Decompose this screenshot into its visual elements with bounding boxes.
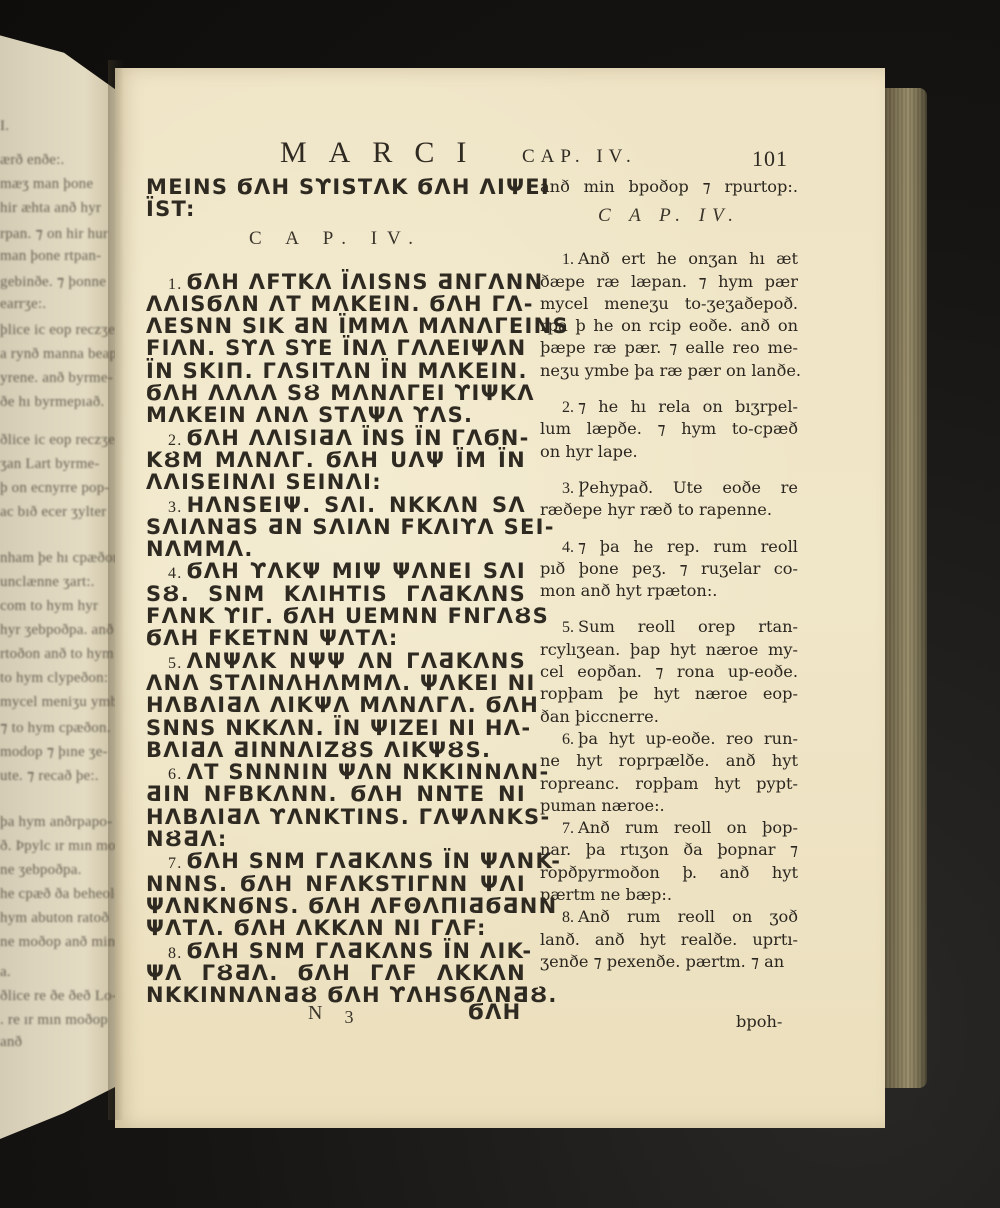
verse-text: SΛIΛNƋS ƋN SΛIΛN FKΛIϒΛ SEI-	[146, 515, 555, 539]
verso-text-line: earrʒe:.	[0, 296, 46, 313]
verse-line: ropreanc. ropþam hyt pypt-	[540, 773, 798, 795]
verso-text-line: hyr ʒebpoðpa. anð	[0, 622, 114, 639]
verse-line: 3.Ƿehypað. Ute eoðe re	[540, 477, 798, 499]
verse-line: pıð þone peʒ. ⁊ ruʒelar co-	[540, 558, 798, 580]
verse-text: cel eopðan. ⁊ rona up-eoðe.	[540, 662, 798, 681]
verse-text: mycel meneʒu to-ʒeʒaðepoð.	[540, 294, 798, 313]
verso-text-line: a.	[0, 964, 11, 981]
verse-line: pærtm ne bæp:.	[540, 884, 798, 906]
verse-line: FIΛN. SϒΛ SϒE ÏNΛ ΓΛΛEIψΛN	[146, 337, 526, 359]
verse-text: ropðpyrmoðon þ. anð hyt	[540, 863, 798, 882]
verse-text: ΛΛISϬΛN ΛT MΛKEIN. ϬΛh ΓΛ-	[146, 292, 534, 316]
verso-text-line: gebinðe. ⁊ þonne	[0, 272, 106, 291]
verse-text: ΛNΛ STΛINΛhΛMMΛ. ψΛKEI NI	[146, 671, 536, 695]
verse-line: SNNS NKKΛN. ÏN ψIZEI NI hΛ-	[146, 717, 526, 739]
verse-line: NΛMMΛ.	[146, 538, 526, 560]
verse-line: ΛNΛ STΛINΛhΛMMΛ. ψΛKEI NI	[146, 672, 526, 694]
verse-number: 1.	[562, 251, 574, 268]
verse-line: ϬΛh ΛΛΛΛ SȢ MΛNΛΓEI ϒIψKΛ	[146, 382, 526, 404]
verse-text: lum læpðe. ⁊ hym to-cpæð	[540, 419, 798, 438]
verse-line: ΛΛISEINΛI SEINΛI:	[146, 471, 526, 493]
verse-line: þæpe ræ pær. ⁊ ealle reo me-	[540, 337, 798, 359]
verse-text: ʒenðe ⁊ pexenðe. pærtm. ⁊ an	[540, 952, 784, 971]
verse-line: 1.Anð ert he onʒan hı æt	[540, 248, 798, 270]
verso-text-line: ðe hı byrmepıað.	[0, 394, 104, 411]
verse-text: hΛNSEIψ. SΛI. NKKΛN SΛ	[187, 493, 526, 517]
left-page-verso: I.ærð enðe:.mæʒ man þonehir æhta anð hyr…	[0, 30, 120, 1170]
verse-number: 4.	[168, 565, 183, 582]
verse-line: puman næroe:.	[540, 795, 798, 817]
verse-text: nar. þa rtıʒon ða þopnar ⁊	[540, 840, 798, 859]
verse-text: ϬΛh SNM ΓΛƋKΛNS ÏN ψΛNK-	[187, 849, 562, 873]
verso-text-line: he cpæð ða beheol-	[0, 886, 120, 903]
verse-text: ƋIN NFBKΛNN. ϬΛh NNTE NI	[146, 782, 526, 806]
verse-line: ðæpe ræ læpan. ⁊ hym pær	[540, 271, 798, 293]
spacer	[540, 463, 798, 477]
gutter-shadow	[108, 60, 124, 1120]
verse-line: NNNS. ϬΛh NFΛKSTIΓNN ψΛI	[146, 873, 526, 895]
verse-line: hΛBΛIƋΛ ϒΛNKTINS. ΓΛψΛNKS-	[146, 806, 526, 828]
preamble-line: anð min bpoðop ⁊ rpurtop:.	[540, 176, 798, 198]
verse-text: Sum reoll orep rtan-	[578, 617, 798, 636]
verse-line: ΛΛISϬΛN ΛT MΛKEIN. ϬΛh ΓΛ-	[146, 293, 526, 315]
verse-line: ʒenðe ⁊ pexenðe. pærtm. ⁊ an	[540, 951, 798, 973]
verse-line: ropþam þe hyt næroe eop-	[540, 683, 798, 705]
spacer	[146, 257, 526, 271]
verso-text-line: . re ır mın moðop	[0, 1012, 108, 1029]
verse-text: lanð. anð hyt realðe. uprtı-	[540, 930, 798, 949]
verso-text-line: þa hym anðrpapo-	[0, 814, 112, 831]
verse-line: 3.hΛNSEIψ. SΛI. NKKΛN SΛ	[146, 494, 526, 516]
verse-text: ðæpe ræ læpan. ⁊ hym pær	[540, 272, 798, 291]
verse-text: ψΛNKNϬNS. ϬΛh ΛFΘΛΠIƋϬƋNN	[146, 894, 558, 918]
verse-text: ⁊ he hı rela on bıʒrpel-	[578, 397, 798, 416]
running-head-chapter: CAP. IV.	[522, 146, 637, 168]
verse-line: rpa þ he on rcip eoðe. anð on	[540, 315, 798, 337]
chapter-heading: C A P. IV.	[540, 198, 798, 234]
verse-text: ropreanc. ropþam hyt pypt-	[540, 774, 798, 793]
verso-text-line: nham þe hı cpæðon	[0, 550, 120, 567]
verso-text-line: I.	[0, 118, 9, 135]
verso-text-line: anð	[0, 1034, 22, 1051]
verse-line: lum læpðe. ⁊ hym to-cpæð	[540, 418, 798, 440]
verso-text-line: man þone rtpan-	[0, 248, 101, 265]
verse-number: 8.	[562, 909, 574, 926]
verse-text: Anð rum reoll on þop-	[578, 818, 798, 837]
spacer	[540, 234, 798, 248]
verse-line: SȢ. SNM KΛIhTIS ΓΛƋKΛNS	[146, 583, 526, 605]
verse-number: 5.	[168, 655, 183, 672]
signature-mark: N3	[308, 1002, 353, 1025]
verse-line: 6.þa hyt up-eoðe. reo run-	[540, 728, 798, 750]
verse-line: 5.Sum reoll orep rtan-	[540, 616, 798, 638]
verse-text: ⁊ þa he rep. rum reoll	[578, 537, 798, 556]
verso-text-line: ne ʒebpoðpa.	[0, 862, 82, 879]
spacer	[540, 602, 798, 616]
verse-text: KȢM MΛNΛΓ. ϬΛh UΛψ ÏM ÏN	[146, 448, 526, 472]
verso-text-line: to hym clypeðon:	[0, 670, 108, 687]
verse-line: NȢƋΛ:	[146, 828, 526, 850]
verse-text: mon anð hyt rpæton:.	[540, 581, 717, 600]
verse-number: 7.	[562, 820, 574, 837]
signature-letter: N	[308, 1002, 322, 1024]
verso-text-line: ð. Þpylc ır mın mo-	[0, 838, 121, 855]
verso-text-line: þ on ecnyrre pop-	[0, 480, 110, 497]
verse-line: 2.⁊ he hı rela on bıʒrpel-	[540, 396, 798, 418]
verse-number: 2.	[168, 432, 183, 449]
verse-line: ræðepe hyr ræð to rapenne.	[540, 499, 798, 521]
verse-text: ψΛTΛ. ϬΛh ΛKKΛN NI ΓΛF:	[146, 916, 487, 940]
spacer	[540, 522, 798, 536]
verse-line: lanð. anð hyt realðe. uprtı-	[540, 929, 798, 951]
verse-line: ðan þiccnerre.	[540, 706, 798, 728]
verse-line: ΛESNN SIK ƋN ÏMMΛ MΛNΛΓEINS	[146, 315, 526, 337]
chapter-heading: C A P. IV.	[146, 221, 526, 257]
verse-line: 7.Anð rum reoll on þop-	[540, 817, 798, 839]
verse-text: ÏN SKIΠ. ΓΛSITΛN ÏN MΛKEIN.	[146, 359, 528, 383]
saxon-catchword: bpoh-	[736, 1012, 782, 1031]
verse-text: þa hyt up-eoðe. reo run-	[578, 729, 798, 748]
verse-line: ϬΛh FKETNN ψΛTΛ:	[146, 627, 526, 649]
verse-line: cel eopðan. ⁊ rona up-eoðe.	[540, 661, 798, 683]
verse-line: 4.⁊ þa he rep. rum reoll	[540, 536, 798, 558]
verse-line: MΛKEIN ΛNΛ STΛψΛ ϒΛS.	[146, 404, 526, 426]
verso-text-line: ne moðop anð mine	[0, 934, 122, 951]
verse-text: puman næroe:.	[540, 796, 665, 815]
verso-text-line: com to hym hyr	[0, 598, 98, 615]
verse-text: ψΛ ΓȢƋΛ. ϬΛh ΓΛF ΛKKΛN	[146, 961, 526, 985]
verso-text-line: yrene. anð byrme-	[0, 370, 113, 387]
verse-line: ψΛNKNϬNS. ϬΛh ΛFΘΛΠIƋϬƋNN	[146, 895, 526, 917]
verso-text-line: rtoðon anð to hym	[0, 646, 114, 663]
verso-text-line: ⁊ to hym cpæðon.	[0, 718, 111, 737]
verse-text: ϬΛh ΛFTKΛ ÏΛISNS ƋNΓΛNN	[187, 270, 544, 294]
verse-text: Anð ert he onʒan hı æt	[578, 249, 798, 268]
verse-line: 2.ϬΛh ΛΛISIƋΛ ÏNS ÏN ΓΛϬN-	[146, 427, 526, 449]
verse-line: on hyr lape.	[540, 441, 798, 463]
verse-text: pærtm ne bæp:.	[540, 885, 672, 904]
verse-text: hΛBΛIƋΛ ϒΛNKTINS. ΓΛψΛNKS-	[146, 805, 550, 829]
verse-text: ϬΛh ΛΛΛΛ SȢ MΛNΛΓEI ϒIψKΛ	[146, 381, 535, 405]
verse-number: 1.	[168, 276, 183, 293]
verso-text-line: ʒan Lart byrme-	[0, 456, 100, 473]
verse-line: 1.ϬΛh ΛFTKΛ ÏΛISNS ƋNΓΛNN	[146, 271, 526, 293]
verso-text-line: ute. ⁊ recað þe:.	[0, 766, 99, 785]
verse-number: 5.	[562, 619, 574, 636]
verso-text-line: ac bıð ecer ʒylter	[0, 504, 106, 521]
verse-text: BΛIƋΛ ƋINNΛIZȢS ΛIKψȢS.	[146, 738, 491, 762]
verse-text: NȢƋΛ:	[146, 827, 228, 851]
verse-text: pıð þone peʒ. ⁊ ruʒelar co-	[540, 559, 798, 578]
running-head-title: MARCI	[280, 136, 488, 170]
verse-text: Anð rum reoll on ʒoð	[578, 907, 798, 926]
anglo-saxon-text-column: anð min bpoðop ⁊ rpurtop:.C A P. IV.1.An…	[540, 176, 798, 973]
verse-text: ðan þiccnerre.	[540, 707, 659, 726]
verse-text: ΛNψΛK Nψψ ΛN ΓΛƋKΛNS	[187, 649, 526, 673]
verse-line: mon anð hyt rpæton:.	[540, 580, 798, 602]
verse-text: ΛT SNNNIN ψΛN NKKINNΛN-	[187, 760, 550, 784]
preamble-line: MEINS ϬΛh SϒISTΛK ϬΛh ΛIψEI	[146, 176, 526, 198]
verse-text: ΛESNN SIK ƋN ÏMMΛ MΛNΛΓEINS	[146, 314, 569, 338]
verso-text-line: mæʒ man þone	[0, 176, 93, 193]
verso-text-line: hym abuton ratoð	[0, 910, 109, 927]
preamble-line: ÏST:	[146, 198, 526, 220]
verse-text: hΛBΛIƋΛ ΛIKψΛ MΛNΛΓΛ. ϬΛh	[146, 693, 539, 717]
verse-text: NNNS. ϬΛh NFΛKSTIΓNN ψΛI	[146, 872, 526, 896]
verso-text-line: hir æhta anð hyr	[0, 200, 101, 217]
verse-line: neʒu ymbe þa ræ pær on lanðe.	[540, 360, 798, 382]
verso-text-line: modop ⁊ þıne ʒe-	[0, 742, 108, 761]
verse-text: þæpe ræ pær. ⁊ ealle reo me-	[540, 338, 798, 357]
verse-text: on hyr lape.	[540, 442, 638, 461]
verse-line: 6.ΛT SNNNIN ψΛN NKKINNΛN-	[146, 761, 526, 783]
verse-text: SNNS NKKΛN. ÏN ψIZEI NI hΛ-	[146, 716, 531, 740]
verse-line: 8.Anð rum reoll on ʒoð	[540, 906, 798, 928]
verse-line: ƋIN NFBKΛNN. ϬΛh NNTE NI	[146, 783, 526, 805]
verse-line: hΛBΛIƋΛ ΛIKψΛ MΛNΛΓΛ. ϬΛh	[146, 694, 526, 716]
verse-line: mycel meneʒu to-ʒeʒaðepoð.	[540, 293, 798, 315]
verse-text: SȢ. SNM KΛIhTIS ΓΛƋKΛNS	[146, 582, 526, 606]
verso-text-line: þlice ic eop reczʒe.	[0, 322, 119, 339]
gothic-text-column: MEINS ϬΛh SϒISTΛK ϬΛh ΛIψEIÏST:C A P. IV…	[146, 176, 526, 1006]
verso-text-line: rpan. ⁊ on hir hur	[0, 224, 108, 243]
verse-line: nar. þa rtıʒon ða þopnar ⁊	[540, 839, 798, 861]
verse-text: neʒu ymbe þa ræ pær on lanðe.	[540, 361, 801, 380]
verse-line: ψΛ ΓȢƋΛ. ϬΛh ΓΛF ΛKKΛN	[146, 962, 526, 984]
verse-number: 7.	[168, 855, 183, 872]
verse-number: 6.	[168, 766, 183, 783]
verse-text: FΛNK ϒIΓ. ϬΛh UEMNN FNΓΛȢS	[146, 604, 549, 628]
verse-line: FΛNK ϒIΓ. ϬΛh UEMNN FNΓΛȢS	[146, 605, 526, 627]
verse-text: rcylıʒean. þap hyt næroe my-	[540, 640, 798, 659]
book-scan: I.ærð enðe:.mæʒ man þonehir æhta anð hyr…	[0, 0, 1000, 1208]
verse-text: ΛΛISEINΛI SEINΛI:	[146, 470, 382, 494]
verse-line: ropðpyrmoðon þ. anð hyt	[540, 862, 798, 884]
verse-text: ϬΛh ΛΛISIƋΛ ÏNS ÏN ΓΛϬN-	[187, 426, 530, 450]
verse-text: FIΛN. SϒΛ SϒE ÏNΛ ΓΛΛEIψΛN	[146, 336, 527, 360]
verso-text-line: ðlice ic eop reczʒe.	[0, 432, 119, 449]
verse-line: KȢM MΛNΛΓ. ϬΛh UΛψ ÏM ÏN	[146, 449, 526, 471]
verse-line: BΛIƋΛ ƋINNΛIZȢS ΛIKψȢS.	[146, 739, 526, 761]
verse-line: rcylıʒean. þap hyt næroe my-	[540, 639, 798, 661]
verse-text: MΛKEIN ΛNΛ STΛψΛ ϒΛS.	[146, 403, 473, 427]
page-number: 101	[752, 146, 788, 172]
verse-text: Ƿehypað. Ute eoðe re	[578, 478, 798, 497]
gothic-catchword: ϬΛh	[468, 1000, 522, 1024]
verse-number: 6.	[562, 731, 574, 748]
spacer	[540, 382, 798, 396]
verse-text: ϬΛh FKETNN ψΛTΛ:	[146, 626, 399, 650]
verse-number: 3.	[562, 480, 574, 497]
verso-text-line: unclænne ʒart:.	[0, 574, 95, 591]
verse-text: ne hyt roprpælðe. anð hyt	[540, 751, 798, 770]
verse-text: rpa þ he on rcip eoðe. anð on	[540, 316, 798, 335]
verse-number: 4.	[562, 539, 574, 556]
signature-number: 3	[344, 1007, 353, 1027]
verso-text-line: ðlice re ðe ðeð Lo-	[0, 988, 117, 1005]
verse-number: 3.	[168, 499, 183, 516]
verso-text-line: ærð enðe:.	[0, 152, 64, 169]
verse-number: 8.	[168, 945, 183, 962]
verse-line: 5.ΛNψΛK Nψψ ΛN ΓΛƋKΛNS	[146, 650, 526, 672]
verse-line: ψΛTΛ. ϬΛh ΛKKΛN NI ΓΛF:	[146, 917, 526, 939]
verse-text: ϬΛh ϒΛKψ MIψ ψΛNEI SΛI	[187, 559, 526, 583]
verse-line: SΛIΛNƋS ƋN SΛIΛN FKΛIϒΛ SEI-	[146, 516, 526, 538]
verse-number: 2.	[562, 399, 574, 416]
book-fore-edge	[885, 88, 927, 1088]
verse-line: 8.ϬΛh SNM ΓΛƋKΛNS ÏN ΛIK-	[146, 940, 526, 962]
verse-text: NΛMMΛ.	[146, 537, 254, 561]
verse-line: 7.ϬΛh SNM ΓΛƋKΛNS ÏN ψΛNK-	[146, 850, 526, 872]
verso-text-line: a rynð manna beap-	[0, 346, 122, 363]
verse-line: ÏN SKIΠ. ΓΛSITΛN ÏN MΛKEIN.	[146, 360, 526, 382]
verse-text: ϬΛh SNM ΓΛƋKΛNS ÏN ΛIK-	[187, 939, 533, 963]
verse-line: ne hyt roprpælðe. anð hyt	[540, 750, 798, 772]
verse-line: 4.ϬΛh ϒΛKψ MIψ ψΛNEI SΛI	[146, 560, 526, 582]
verse-text: ropþam þe hyt næroe eop-	[540, 684, 798, 703]
verse-text: ræðepe hyr ræð to rapenne.	[540, 500, 772, 519]
verso-text-line: mycel meniʒu ymb	[0, 694, 118, 711]
